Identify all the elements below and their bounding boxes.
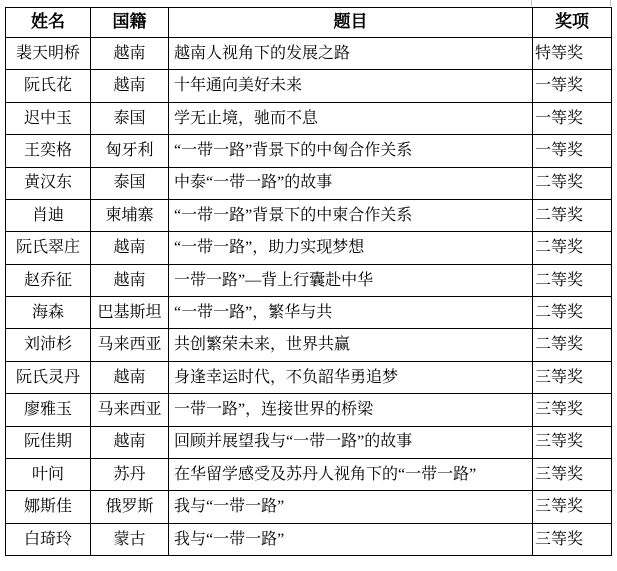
award-cell: 二等奖 [533,264,612,296]
award-cell: 三等奖 [533,523,612,555]
name-cell: 迟中玉 [6,102,91,134]
title-cell: 我与“一带一路” [169,523,533,555]
name-cell: 阮氏灵丹 [6,361,91,393]
nationality-cell: 巴基斯坦 [91,297,169,329]
title-cell: 在华留学感受及苏丹人视角下的“一带一路” [169,458,533,490]
table-row: 黄汉东 泰国 中泰“一带一路”的故事 二等奖 [6,167,612,199]
table-row: 阮佳期 越南 回顾并展望我与“一带一路”的故事 三等奖 [6,426,612,458]
title-cell: “一带一路”背景下的中匈合作关系 [169,135,533,167]
title-cell: 我与“一带一路” [169,491,533,523]
title-cell: 中泰“一带一路”的故事 [169,167,533,199]
nationality-cell: 马来西亚 [91,394,169,426]
award-cell: 一等奖 [533,70,612,102]
table-row: 阮氏灵丹 越南 身逢幸运时代，不负韶华勇追梦 三等奖 [6,361,612,393]
name-cell: 裴天明桥 [6,38,91,70]
title-cell: 回顾并展望我与“一带一路”的故事 [169,426,533,458]
cropped-row-artifact-left [531,0,532,6]
nationality-cell: 越南 [91,264,169,296]
table-row: 裴天明桥 越南 越南人视角下的发展之路 特等奖 [6,38,612,70]
name-cell: 娜斯佳 [6,491,91,523]
award-cell: 特等奖 [533,38,612,70]
nationality-cell: 蒙古 [91,523,169,555]
nationality-cell: 越南 [91,426,169,458]
nationality-cell: 柬埔寨 [91,199,169,231]
title-cell: 越南人视角下的发展之路 [169,38,533,70]
award-cell: 三等奖 [533,491,612,523]
name-cell: 肖迪 [6,199,91,231]
title-cell: 一带一路”，连接世界的桥梁 [169,394,533,426]
table-row: 海森 巴基斯坦 “一带一路”，繁华与共 二等奖 [6,297,612,329]
name-cell: 王奕格 [6,135,91,167]
title-cell: 一带一路”—背上行囊赴中华 [169,264,533,296]
nationality-cell: 越南 [91,232,169,264]
header-name: 姓名 [6,8,91,38]
nationality-cell: 泰国 [91,102,169,134]
header-title: 题目 [169,8,533,38]
nationality-cell: 泰国 [91,167,169,199]
nationality-cell: 匈牙利 [91,135,169,167]
table-row: 白琦玲 蒙古 我与“一带一路” 三等奖 [6,523,612,555]
header-award: 奖项 [533,8,612,38]
table-row: 叶问 苏丹 在华留学感受及苏丹人视角下的“一带一路” 三等奖 [6,458,612,490]
name-cell: 阮氏花 [6,70,91,102]
table-row: 娜斯佳 俄罗斯 我与“一带一路” 三等奖 [6,491,612,523]
title-cell: 学无止境，驰而不息 [169,102,533,134]
title-cell: “一带一路”背景下的中柬合作关系 [169,199,533,231]
award-cell: 二等奖 [533,329,612,361]
nationality-cell: 越南 [91,70,169,102]
name-cell: 阮氏翠庄 [6,232,91,264]
award-cell: 二等奖 [533,232,612,264]
title-cell: “一带一路”，助力实现梦想 [169,232,533,264]
cropped-row-artifact-right [610,0,611,6]
name-cell: 赵乔征 [6,264,91,296]
award-cell: 三等奖 [533,361,612,393]
name-cell: 叶问 [6,458,91,490]
name-cell: 黄汉东 [6,167,91,199]
page: { "page": { "background": "#ffffff", "te… [0,0,617,571]
award-cell: 二等奖 [533,199,612,231]
table-row: 肖迪 柬埔寨 “一带一路”背景下的中柬合作关系 二等奖 [6,199,612,231]
table-row: 廖雅玉 马来西亚 一带一路”，连接世界的桥梁 三等奖 [6,394,612,426]
nationality-cell: 越南 [91,38,169,70]
table-row: 阮氏花 越南 十年通向美好未来 一等奖 [6,70,612,102]
award-cell: 二等奖 [533,167,612,199]
title-cell: 十年通向美好未来 [169,70,533,102]
header-row: 姓名 国籍 题目 奖项 [6,8,612,38]
table-row: 刘沛杉 马来西亚 共创繁荣未来，世界共赢 二等奖 [6,329,612,361]
title-cell: 身逢幸运时代，不负韶华勇追梦 [169,361,533,393]
table-row: 阮氏翠庄 越南 “一带一路”，助力实现梦想 二等奖 [6,232,612,264]
nationality-cell: 俄罗斯 [91,491,169,523]
award-cell: 三等奖 [533,394,612,426]
name-cell: 阮佳期 [6,426,91,458]
name-cell: 刘沛杉 [6,329,91,361]
header-nationality: 国籍 [91,8,169,38]
table-row: 赵乔征 越南 一带一路”—背上行囊赴中华 二等奖 [6,264,612,296]
award-winners-table: 姓名 国籍 题目 奖项 裴天明桥 越南 越南人视角下的发展之路 特等奖 阮氏花 … [5,7,612,556]
name-cell: 廖雅玉 [6,394,91,426]
award-cell: 一等奖 [533,102,612,134]
award-cell: 二等奖 [533,297,612,329]
award-cell: 三等奖 [533,458,612,490]
nationality-cell: 马来西亚 [91,329,169,361]
award-cell: 三等奖 [533,426,612,458]
name-cell: 海森 [6,297,91,329]
nationality-cell: 越南 [91,361,169,393]
name-cell: 白琦玲 [6,523,91,555]
nationality-cell: 苏丹 [91,458,169,490]
table-row: 王奕格 匈牙利 “一带一路”背景下的中匈合作关系 一等奖 [6,135,612,167]
table-row: 迟中玉 泰国 学无止境，驰而不息 一等奖 [6,102,612,134]
award-cell: 一等奖 [533,135,612,167]
title-cell: 共创繁荣未来，世界共赢 [169,329,533,361]
title-cell: “一带一路”，繁华与共 [169,297,533,329]
